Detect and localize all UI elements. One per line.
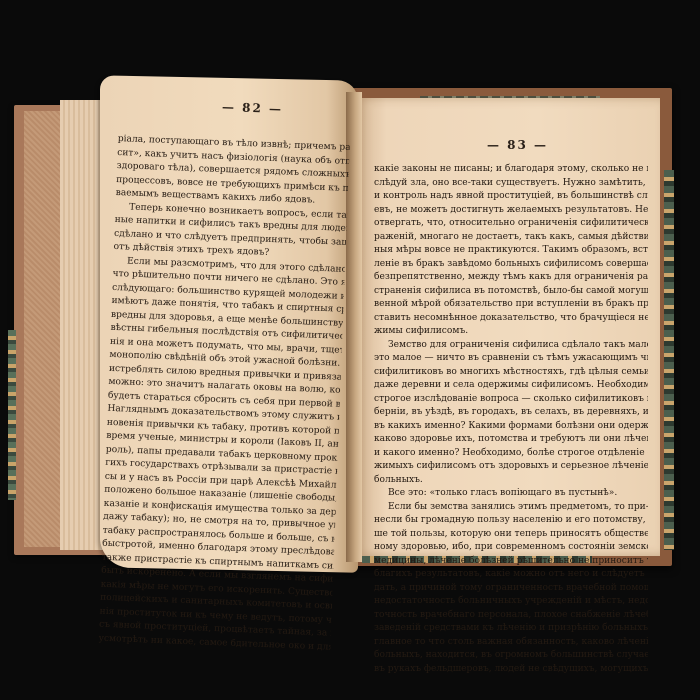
text-line: въ рукахъ фельдшеровъ, людей не свѣдущих… [374, 663, 648, 677]
text-line: точность врачебнаго персонала, плохое сн… [374, 609, 648, 623]
text-line: какіе законы не писаны; и благодаря этом… [374, 163, 648, 177]
text-line: венной мѣрой обязательство при вступлені… [374, 298, 648, 312]
text-line: и какого именно? Необходимо, болѣе строг… [374, 447, 648, 461]
text-line: евъ, не можетъ достигнуть желаемыхъ резу… [374, 204, 648, 218]
text-line: несли бы громадную пользу населенію и ег… [374, 514, 648, 528]
text-line: и контроль надъ явной проституціей, въ б… [374, 190, 648, 204]
text-line: раженій, многаго не достаетъ, такъ какъ,… [374, 231, 648, 245]
text-line: строгое изслѣдованіе вопроса — сколько с… [374, 393, 648, 407]
text-line: больныхъ, находится, въ огромномъ больши… [374, 649, 648, 663]
text-line: безпрепятственно, между тѣмъ какъ для ог… [374, 271, 648, 285]
text-line: Земство для ограниченія сифилиса сдѣлало… [374, 339, 648, 353]
left-page-number: — 82 — [222, 100, 284, 116]
left-page-text: ріала, поступающаго въ тѣло извнѣ; приче… [98, 133, 350, 655]
text-line: страненія сифилиса въ потомствѣ, было-бы… [374, 285, 648, 299]
text-line: ше той пользы, которую они теперь принос… [374, 528, 648, 542]
text-line: каково здоровье ихъ, потомства и требуют… [374, 433, 648, 447]
right-page-number: — 83 — [487, 138, 548, 152]
text-line: заведеній средствами къ лѣченію и призрѣ… [374, 622, 648, 636]
text-line: ставить несомнѣнное доказательство, что … [374, 312, 648, 326]
text-line: больныхъ. [374, 474, 648, 488]
text-line: берніи, въ уѣздѣ, въ городахъ, въ селахъ… [374, 406, 648, 420]
right-page-text: какіе законы не писаны; и благодаря этом… [374, 163, 648, 676]
text-line: медицины, лѣченіе болѣзней рѣшительно не… [374, 555, 648, 569]
text-line: жимы сифилисомъ. [374, 325, 648, 339]
marbled-edge-right [664, 170, 674, 550]
marbled-edge-left [8, 330, 16, 500]
text-line: дать, а причиной тому ограниченность вра… [374, 582, 648, 596]
text-line: главное то что столь важная обязанность,… [374, 636, 648, 650]
text-line: въ какихъ именно? Какими формами болѣзни… [374, 420, 648, 434]
text-line: ныя мѣры вовсе не практикуются. Такимъ о… [374, 244, 648, 258]
text-line: сифилитиковъ во многихъ мѣстностяхъ, гдѣ… [374, 366, 648, 380]
text-line: Если бы земства занялись этимъ предметом… [374, 501, 648, 515]
text-line: слѣдуй зла, оно все-таки существуетъ. Ну… [374, 177, 648, 191]
text-line: недостаточность больничныхъ учрежденій и… [374, 595, 648, 609]
photo-background: — 82 — — 83 — ріала, поступающаго въ тѣл… [0, 0, 700, 700]
text-line: Все это: «только гласъ вопіющаго въ пуст… [374, 487, 648, 501]
text-line: ному здоровью, ибо, при современномъ сос… [374, 541, 648, 555]
text-line: отвергать, что, относительно ограниченія… [374, 217, 648, 231]
text-line: леніе въ бракъ завѣдомо больныхъ сифилис… [374, 258, 648, 272]
text-line: благихъ результатовъ, какіе можно отъ не… [374, 568, 648, 582]
text-line: это малое — ничто въ сравненіи съ тѣмъ у… [374, 352, 648, 366]
text-line: жимыхъ сифилисомъ отъ здоровыхъ и серьез… [374, 460, 648, 474]
text-line: даже деревни и села одержимы сифилисомъ.… [374, 379, 648, 393]
